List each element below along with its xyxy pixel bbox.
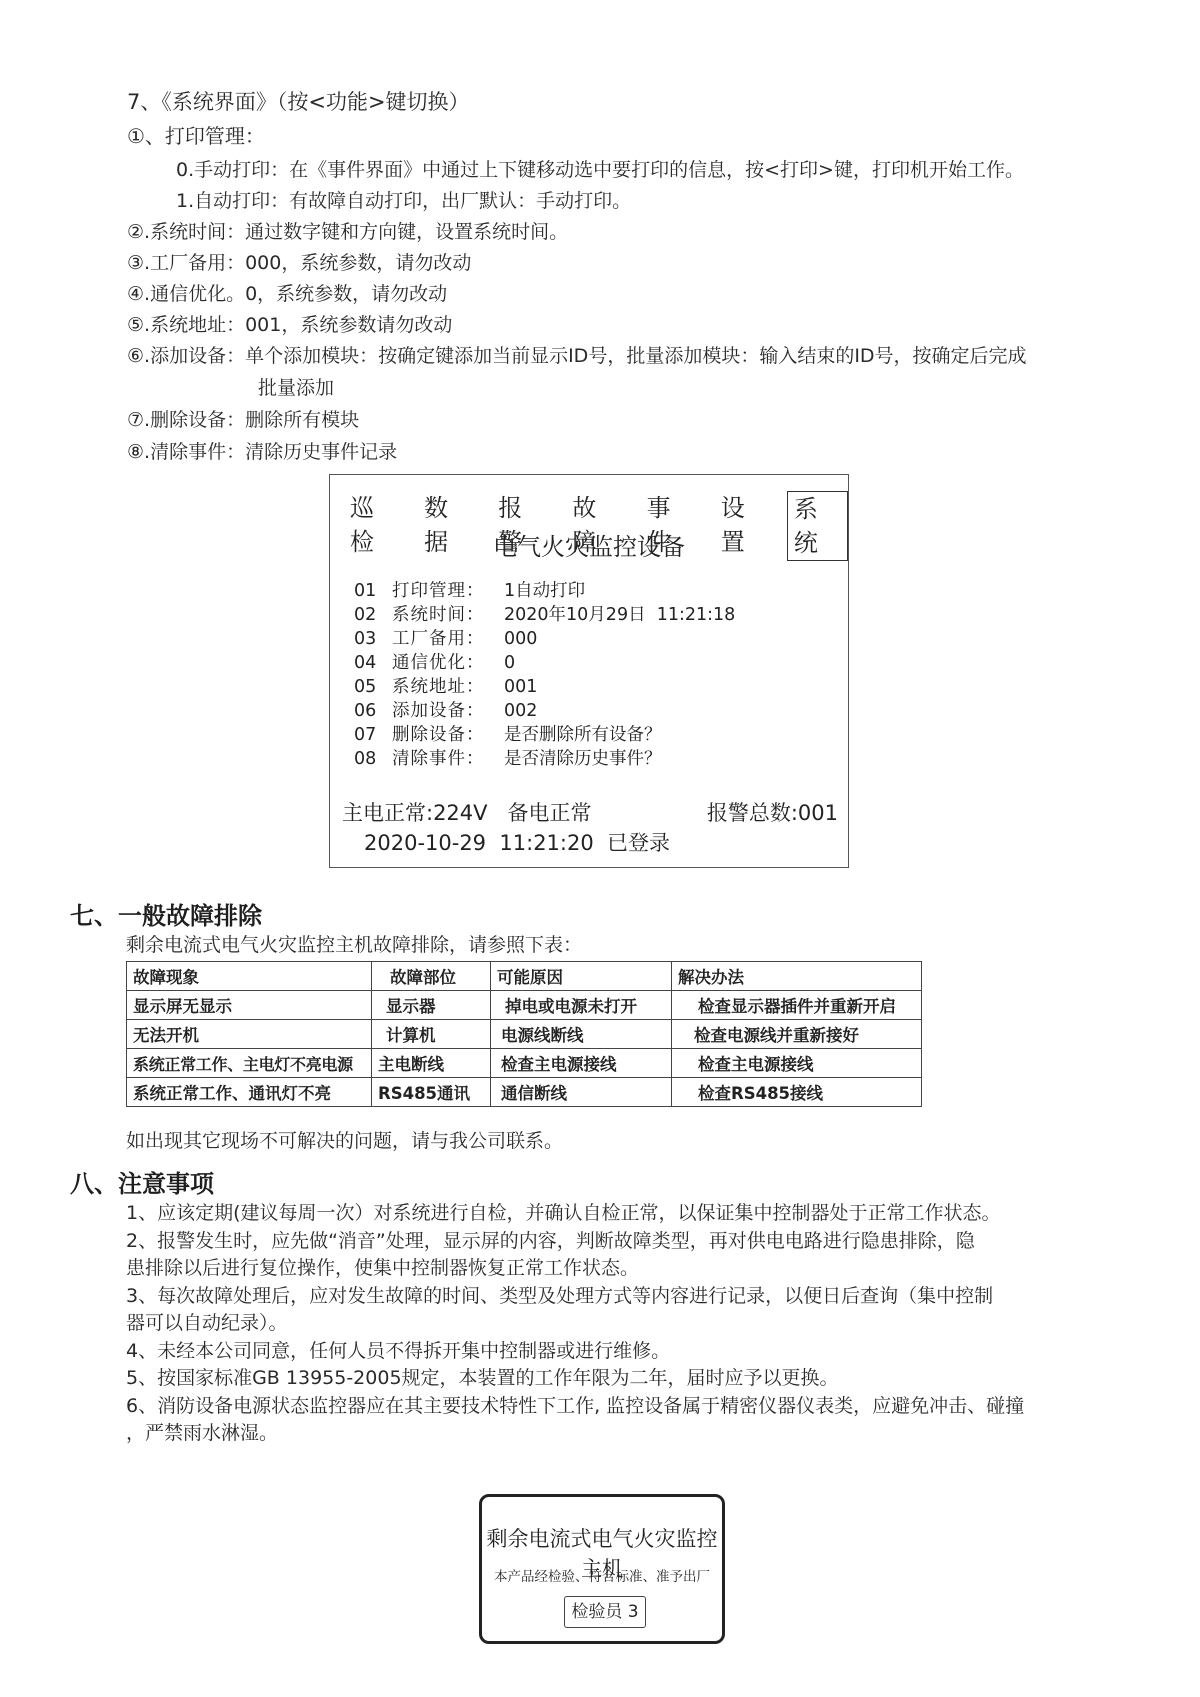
section-7-title: 7、《系统界面》（按<功能>键切换） [127, 86, 470, 118]
inspection-stamp: 剩余电流式电气火灾监控主机 本产品经检验、符合标准、准予出厂 检验员 3 [479, 1494, 725, 1644]
item-factory-reserve: ③.工厂备用：000，系统参数，请勿改动 [127, 249, 471, 277]
troubleshoot-intro: 剩余电流式电气火灾监控主机故障排除，请参照下表： [126, 931, 582, 959]
col-location: 故障部位 [372, 962, 491, 991]
item-auto-print: 1.自动打印：有故障自动打印，出厂默认：手动打印。 [176, 187, 631, 215]
stamp-subtitle: 本产品经检验、符合标准、准予出厂 [482, 1565, 722, 1585]
table-row: 显示屏无显示 显示器 掉电或电源未打开 检查显示器插件并重新开启 [127, 991, 922, 1020]
table-row: 系统正常工作、主电灯不亮电源 主电断线 检查主电源接线 检查主电源接线 [127, 1049, 922, 1078]
screen-row[interactable]: 02系统时间：2020年10月29日 11:21:18 [354, 603, 735, 627]
screen-row[interactable]: 04通信优化：0 [354, 651, 735, 675]
note-line: 2、报警发生时，应先做“消音”处理，显示屏的内容，判断故障类型，再对供电电路进行… [126, 1228, 1024, 1256]
item-system-address: ⑤.系统地址：001，系统参数请勿改动 [127, 311, 452, 339]
screen-row[interactable]: 03工厂备用：000 [354, 627, 735, 651]
screen-row[interactable]: 01打印管理：1自动打印 [354, 579, 735, 603]
item-manual-print: 0.手动打印：在《事件界面》中通过上下键移动选中要打印的信息，按<打印>键，打印… [176, 156, 1024, 184]
table-row: 无法开机 计算机 电源线断线 检查电源线并重新接好 [127, 1020, 922, 1049]
note-line: 1、应该定期(建议每周一次）对系统进行自检，并确认自检正常，以保证集中控制器处于… [126, 1200, 1024, 1228]
screen-datetime: 2020-10-29 11:21:20 已登录 [364, 827, 670, 857]
table-header-row: 故障现象 故障部位 可能原因 解决办法 [127, 962, 922, 991]
note-line: 6、消防设备电源状态监控器应在其主要技术特性下工作, 监控设备属于精密仪器仪表类… [126, 1393, 1024, 1421]
item-clear-events: ⑧.清除事件：清除历史事件记录 [127, 438, 397, 466]
screen-row[interactable]: 05系统地址：001 [354, 675, 735, 699]
contact-note: 如出现其它现场不可解决的问题，请与我公司联系。 [126, 1127, 563, 1155]
note-line: 患排除以后进行复位操作，使集中控制器恢复正常工作状态。 [126, 1255, 1024, 1283]
section-notes-heading: 八、注意事项 [70, 1164, 214, 1199]
fault-table: 故障现象 故障部位 可能原因 解决办法 显示屏无显示 显示器 掉电或电源未打开 … [126, 961, 922, 1107]
screen-settings-list: 01打印管理：1自动打印 02系统时间：2020年10月29日 11:21:18… [354, 579, 735, 771]
screen-row[interactable]: 07删除设备：是否删除所有设备？ [354, 723, 735, 747]
stamp-inspector: 检验员 3 [564, 1596, 646, 1628]
power-status: 主电正常:224V 备电正常 [342, 801, 592, 825]
screen-row[interactable]: 08清除事件：是否清除历史事件？ [354, 747, 735, 771]
device-screen: 巡检 数据 报警 故障 事件 设置 系统 电气火灾监控设备 01打印管理：1自动… [329, 474, 849, 868]
alarm-total: 报警总数:001 [707, 797, 838, 827]
col-solution: 解决办法 [672, 962, 922, 991]
note-line: 4、未经本公司同意，任何人员不得拆开集中控制器或进行维修。 [126, 1338, 1024, 1366]
table-row: 系统正常工作、通讯灯不亮 RS485通讯 通信断线 检查RS485接线 [127, 1078, 922, 1107]
screen-title: 电气火灾监控设备 [330, 527, 848, 562]
notes-list: 1、应该定期(建议每周一次）对系统进行自检，并确认自检正常，以保证集中控制器处于… [126, 1200, 1024, 1448]
note-line: 3、每次故障处理后，应对发生故障的时间、类型及处理方式等内容进行记录，以便日后查… [126, 1283, 1024, 1311]
screen-row[interactable]: 06添加设备：002 [354, 699, 735, 723]
col-cause: 可能原因 [491, 962, 672, 991]
note-line: 5、按国家标准GB 13955-2005规定，本装置的工作年限为二年，届时应予以… [126, 1365, 1024, 1393]
col-symptom: 故障现象 [127, 962, 372, 991]
item-print-management-label: ①、打印管理： [127, 120, 265, 152]
power-status-bar: 主电正常:224V 备电正常 报警总数:001 [342, 797, 838, 827]
item-comm-optimize: ④.通信优化。0，系统参数，请勿改动 [127, 280, 447, 308]
section-troubleshoot-heading: 七、一般故障排除 [70, 896, 262, 931]
note-line: 器可以自动纪录）。 [126, 1310, 1024, 1338]
note-line: ，严禁雨水淋湿。 [126, 1420, 1024, 1448]
item-delete-device: ⑦.删除设备：删除所有模块 [127, 406, 359, 434]
item-add-device-cont: 批量添加 [258, 374, 334, 402]
item-add-device: ⑥.添加设备：单个添加模块：按确定键添加当前显示ID号，批量添加模块：输入结束的… [127, 342, 1027, 370]
item-system-time: ②.系统时间：通过数字键和方向键，设置系统时间。 [127, 218, 568, 246]
